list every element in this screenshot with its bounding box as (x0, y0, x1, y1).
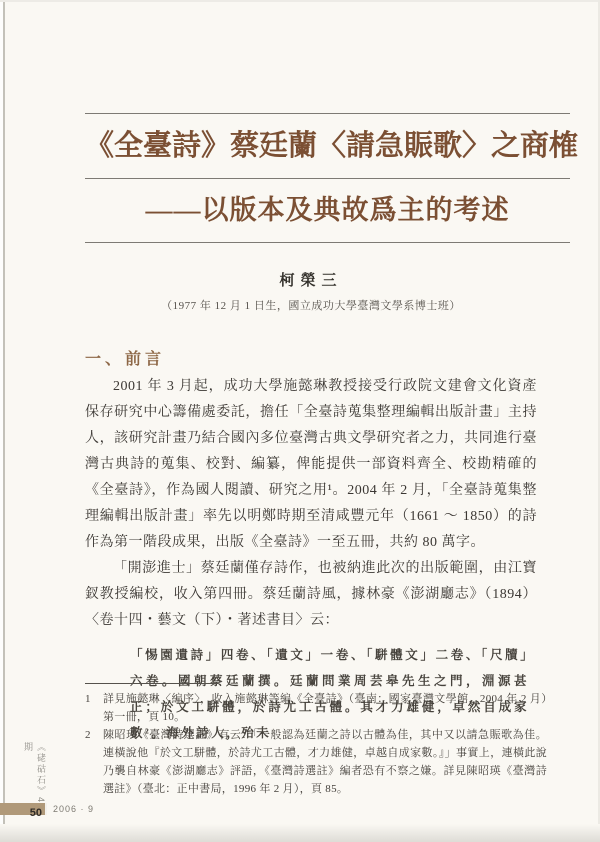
paragraph-1: 2001 年 3 月起，成功大學施懿琳教授接受行政院文建會文化資產保存研究中心籌… (85, 374, 537, 556)
footnote-1: 1 詳見施懿琳〈編序〉，收入施懿琳等編《全臺詩》（臺南：國家臺灣文學館，2004… (85, 690, 547, 726)
author-name: 柯榮三 (85, 269, 537, 290)
footnote-2-text: 陳昭瑛《臺灣詩選註》有云：「一般認為廷蘭之詩以古體為佳，其中又以請急賑歌為佳。連… (103, 726, 547, 798)
paper-subtitle: ——以版本及典故爲主的考述 (85, 179, 570, 242)
footnote-2: 2 陳昭瑛《臺灣詩選註》有云：「一般認為廷蘭之詩以古體為佳，其中又以請急賑歌為佳… (85, 726, 547, 798)
title-block: 《全臺詩》蔡廷蘭〈請急賑歌〉之商榷 ——以版本及典故爲主的考述 (85, 113, 570, 243)
issue-date: 2006 · 9 (53, 804, 94, 814)
scan-edge-top (0, 0, 600, 2)
paragraph-2: 「開澎進士」蔡廷蘭僅存詩作，也被納進此次的出版範圍，由江寶釵教授編校，收入第四冊… (85, 556, 537, 634)
footnote-separator (85, 683, 218, 684)
footnote-1-text: 詳見施懿琳〈編序〉，收入施懿琳等編《全臺詩》（臺南：國家臺灣文學館，2004 年… (103, 690, 547, 726)
scan-edge-bottom (0, 824, 600, 842)
scanned-paper-page: 《全臺詩》蔡廷蘭〈請急賑歌〉之商榷 ——以版本及典故爲主的考述 柯榮三 （197… (0, 0, 600, 842)
page-number: 50 (30, 807, 45, 819)
section-heading: 一、前言 (85, 346, 165, 369)
scan-edge-left-line (3, 0, 5, 842)
author-block: 柯榮三 （1977 年 12 月 1 日生，國立成功大學臺灣文學系博士班） (85, 269, 537, 313)
footnote-2-number: 2 (85, 726, 103, 798)
author-info: （1977 年 12 月 1 日生，國立成功大學臺灣文學系博士班） (85, 297, 537, 313)
footnote-1-number: 1 (85, 690, 103, 726)
paper-title: 《全臺詩》蔡廷蘭〈請急賑歌〉之商榷 (85, 114, 570, 178)
footnote-block: 1 詳見施懿琳〈編序〉，收入施懿琳等編《全臺詩》（臺南：國家臺灣文學館，2004… (85, 683, 547, 798)
page-number-bar: 50 (0, 803, 47, 815)
title-rule-bottom (85, 242, 570, 243)
